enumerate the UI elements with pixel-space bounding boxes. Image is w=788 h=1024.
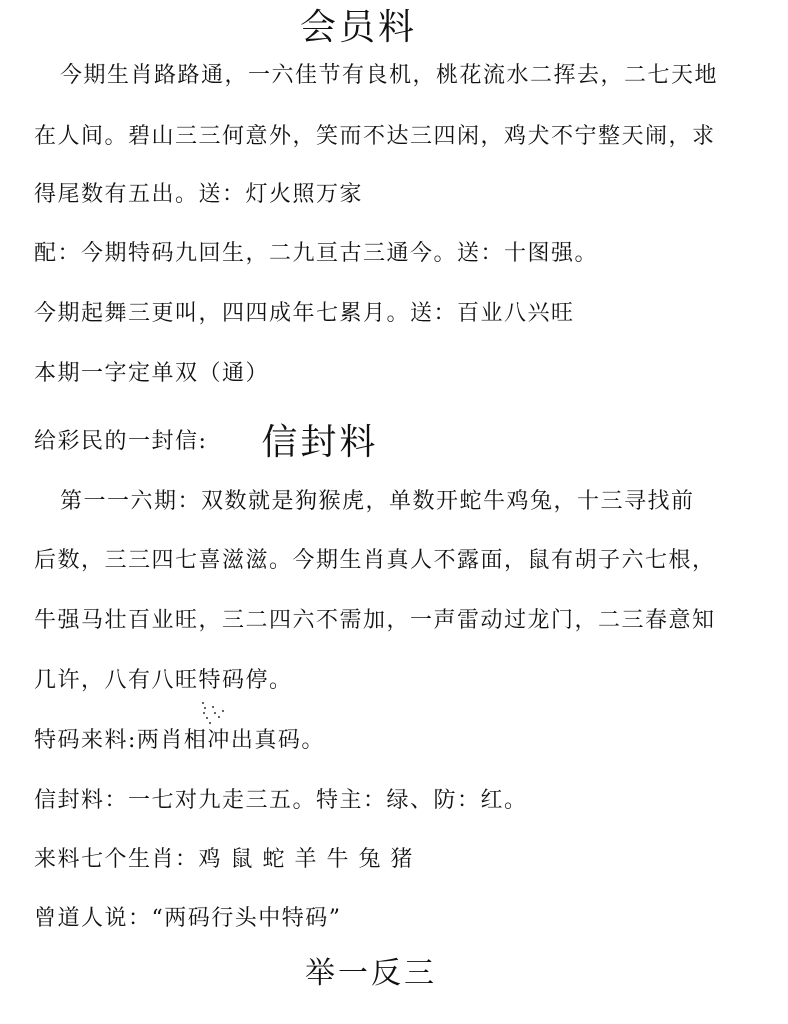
title-member-info: 会员料 bbox=[300, 6, 417, 50]
paragraph1-line3: 得尾数有五出。送：灯火照万家 bbox=[34, 181, 363, 209]
pei-line: 配：今期特码九回生，二九亘古三通今。送：十图强。 bbox=[34, 240, 598, 268]
tema-line: 特码来料:两肖相冲出真码。 bbox=[34, 727, 325, 755]
xinfeng-line: 信封料：一七对九走三五。特主：绿、防：红。 bbox=[34, 787, 528, 815]
letter-row: 给彩民的一封信:信封料 bbox=[34, 428, 378, 457]
scan-speckle-noise bbox=[200, 702, 230, 728]
paragraph2-line2: 后数，三三四七喜滋滋。今期生肖真人不露面，鼠有胡子六七根， bbox=[34, 547, 716, 575]
danshuang-line: 本期一字定单双（通） bbox=[34, 360, 269, 388]
paragraph1-line2: 在人间。碧山三三何意外，笑而不达三四闲，鸡犬不宁整天闹，求 bbox=[34, 123, 716, 151]
letter-label: 给彩民的一封信: bbox=[34, 429, 207, 454]
zodiac-line: 来料七个生肖：鸡 鼠 蛇 羊 牛 兔 猪 bbox=[34, 846, 414, 874]
paragraph1-line1: 今期生肖路路通，一六佳节有良机，桃花流水二挥去，二七天地 bbox=[60, 62, 718, 90]
qiwu-line: 今期起舞三更叫，四四成年七累月。送：百业八兴旺 bbox=[34, 300, 575, 328]
paragraph2-line3: 牛强马壮百业旺，三二四六不需加，一声雷动过龙门，二三春意知 bbox=[34, 607, 716, 635]
paragraph2-line1: 第一一六期：双数就是狗猴虎，单数开蛇牛鸡兔，十三寻找前 bbox=[60, 488, 695, 516]
title-envelope: 信封料 bbox=[261, 422, 378, 463]
title-bottom: 举一反三 bbox=[305, 952, 437, 996]
paragraph2-line4: 几许，八有八旺特码停。 bbox=[34, 667, 293, 695]
daoren-line: 曾道人说：“两码行头中特码” bbox=[34, 905, 342, 933]
